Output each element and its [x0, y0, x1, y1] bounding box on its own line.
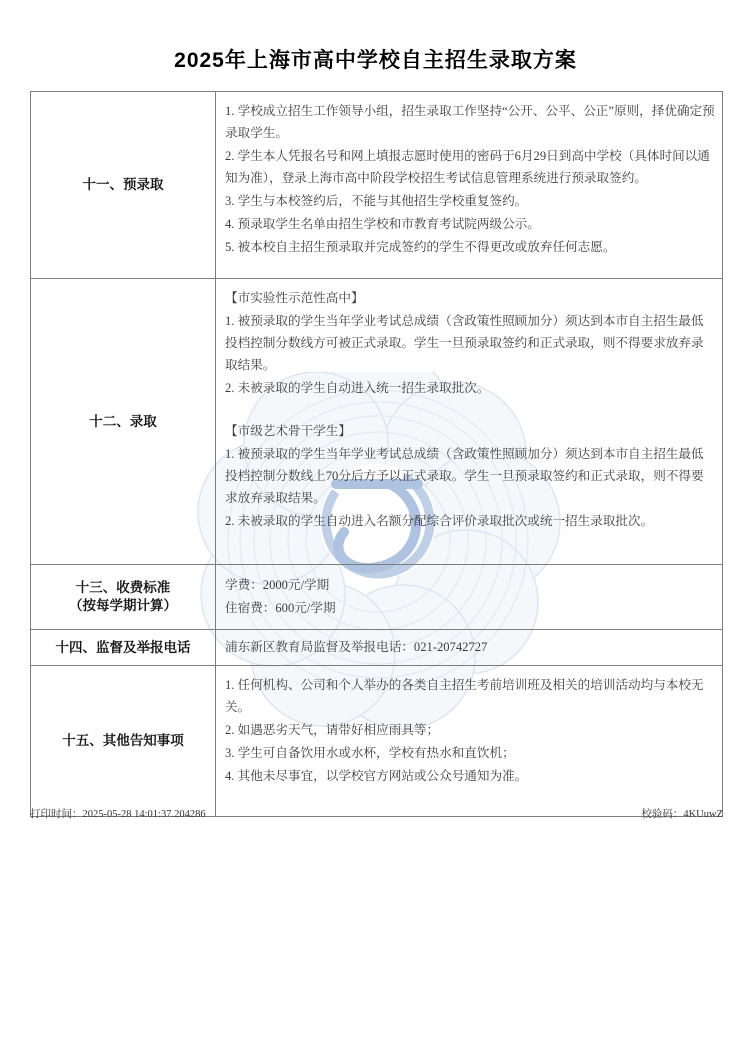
- row-header-fees-line2: （按每学期计算）: [32, 597, 214, 615]
- paragraph: 1. 学校成立招生工作领导小组，招生录取工作坚持“公开、公平、公正”原则，择优确…: [225, 100, 716, 144]
- section-title: 【市级艺术骨干学生】: [225, 420, 716, 442]
- paragraph: 5. 被本校自主招生预录取并完成签约的学生不得更改或放弃任何志愿。: [225, 236, 716, 258]
- paragraph: 2. 未被录取的学生自动进入统一招生录取批次。: [225, 377, 716, 399]
- print-time: 打印时间：2025-05-28 14:01:37.204286: [30, 806, 206, 821]
- admission-plan-table: 十一、预录取 1. 学校成立招生工作领导小组，招生录取工作坚持“公开、公平、公正…: [30, 91, 723, 817]
- row-header-pre-admission: 十一、预录取: [31, 92, 216, 279]
- paragraph: 1. 被预录取的学生当年学业考试总成绩（含政策性照顾加分）须达到本市自主招生最低…: [225, 443, 716, 509]
- row-content-pre-admission: 1. 学校成立招生工作领导小组，招生录取工作坚持“公开、公平、公正”原则，择优确…: [216, 92, 723, 279]
- table-row-admission: 十二、录取 【市实验性示范性高中】 1. 被预录取的学生当年学业考试总成绩（含政…: [31, 279, 723, 565]
- tuition-fee: 学费：2000元/学期: [225, 574, 716, 596]
- checksum: 校验码：4KUuwZ: [641, 806, 723, 821]
- section-title: 【市实验性示范性高中】: [225, 287, 716, 309]
- checksum-label: 校验码：: [641, 809, 683, 820]
- row-header-supervision: 十四、监督及举报电话: [31, 630, 216, 666]
- row-header-admission: 十二、录取: [31, 279, 216, 565]
- table-row-fees: 十三、收费标准 （按每学期计算） 学费：2000元/学期 住宿费：600元/学期: [31, 565, 723, 630]
- paragraph: 3. 学生可自备饮用水或水杯，学校有热水和直饮机；: [225, 742, 716, 764]
- paragraph: 3. 学生与本校签约后，不能与其他招生学校重复签约。: [225, 190, 716, 212]
- page-title: 2025年上海市高中学校自主招生录取方案: [0, 44, 751, 74]
- paragraph: 4. 其他未尽事宜，以学校官方网站或公众号通知为准。: [225, 765, 716, 787]
- boarding-fee: 住宿费：600元/学期: [225, 597, 716, 619]
- table-row-other-notes: 十五、其他告知事项 1. 任何机构、公司和个人举办的各类自主招生考前培训班及相关…: [31, 666, 723, 817]
- checksum-value: 4KUuwZ: [683, 809, 723, 820]
- document-page: 2025年上海市高中学校自主招生录取方案 十一、预录取 1. 学校成立招生工作领…: [0, 0, 751, 1063]
- page-footer: 打印时间：2025-05-28 14:01:37.204286 校验码：4KUu…: [30, 806, 723, 821]
- paragraph: 4. 预录取学生名单由招生学校和市教育考试院两级公示。: [225, 213, 716, 235]
- row-content-admission: 【市实验性示范性高中】 1. 被预录取的学生当年学业考试总成绩（含政策性照顾加分…: [216, 279, 723, 565]
- row-content-fees: 学费：2000元/学期 住宿费：600元/学期: [216, 565, 723, 630]
- paragraph: 1. 任何机构、公司和个人举办的各类自主招生考前培训班及相关的培训活动均与本校无…: [225, 674, 716, 718]
- row-header-fees-line1: 十三、收费标准: [32, 579, 214, 597]
- row-content-supervision: 浦东新区教育局监督及举报电话：021-20742727: [216, 630, 723, 666]
- paragraph: 2. 如遇恶劣天气，请带好相应雨具等；: [225, 719, 716, 741]
- table-row-pre-admission: 十一、预录取 1. 学校成立招生工作领导小组，招生录取工作坚持“公开、公平、公正…: [31, 92, 723, 279]
- print-time-label: 打印时间：: [30, 809, 83, 820]
- row-content-other-notes: 1. 任何机构、公司和个人举办的各类自主招生考前培训班及相关的培训活动均与本校无…: [216, 666, 723, 817]
- row-header-other-notes: 十五、其他告知事项: [31, 666, 216, 817]
- supervision-phone: 浦东新区教育局监督及举报电话：021-20742727: [225, 636, 716, 658]
- table-row-supervision: 十四、监督及举报电话 浦东新区教育局监督及举报电话：021-20742727: [31, 630, 723, 666]
- row-header-fees: 十三、收费标准 （按每学期计算）: [31, 565, 216, 630]
- print-time-value: 2025-05-28 14:01:37.204286: [83, 809, 206, 820]
- paragraph: 2. 未被录取的学生自动进入名额分配综合评价录取批次或统一招生录取批次。: [225, 510, 716, 532]
- paragraph: 2. 学生本人凭报名号和网上填报志愿时使用的密码于6月29日到高中学校（具体时间…: [225, 145, 716, 189]
- paragraph: 1. 被预录取的学生当年学业考试总成绩（含政策性照顾加分）须达到本市自主招生最低…: [225, 310, 716, 376]
